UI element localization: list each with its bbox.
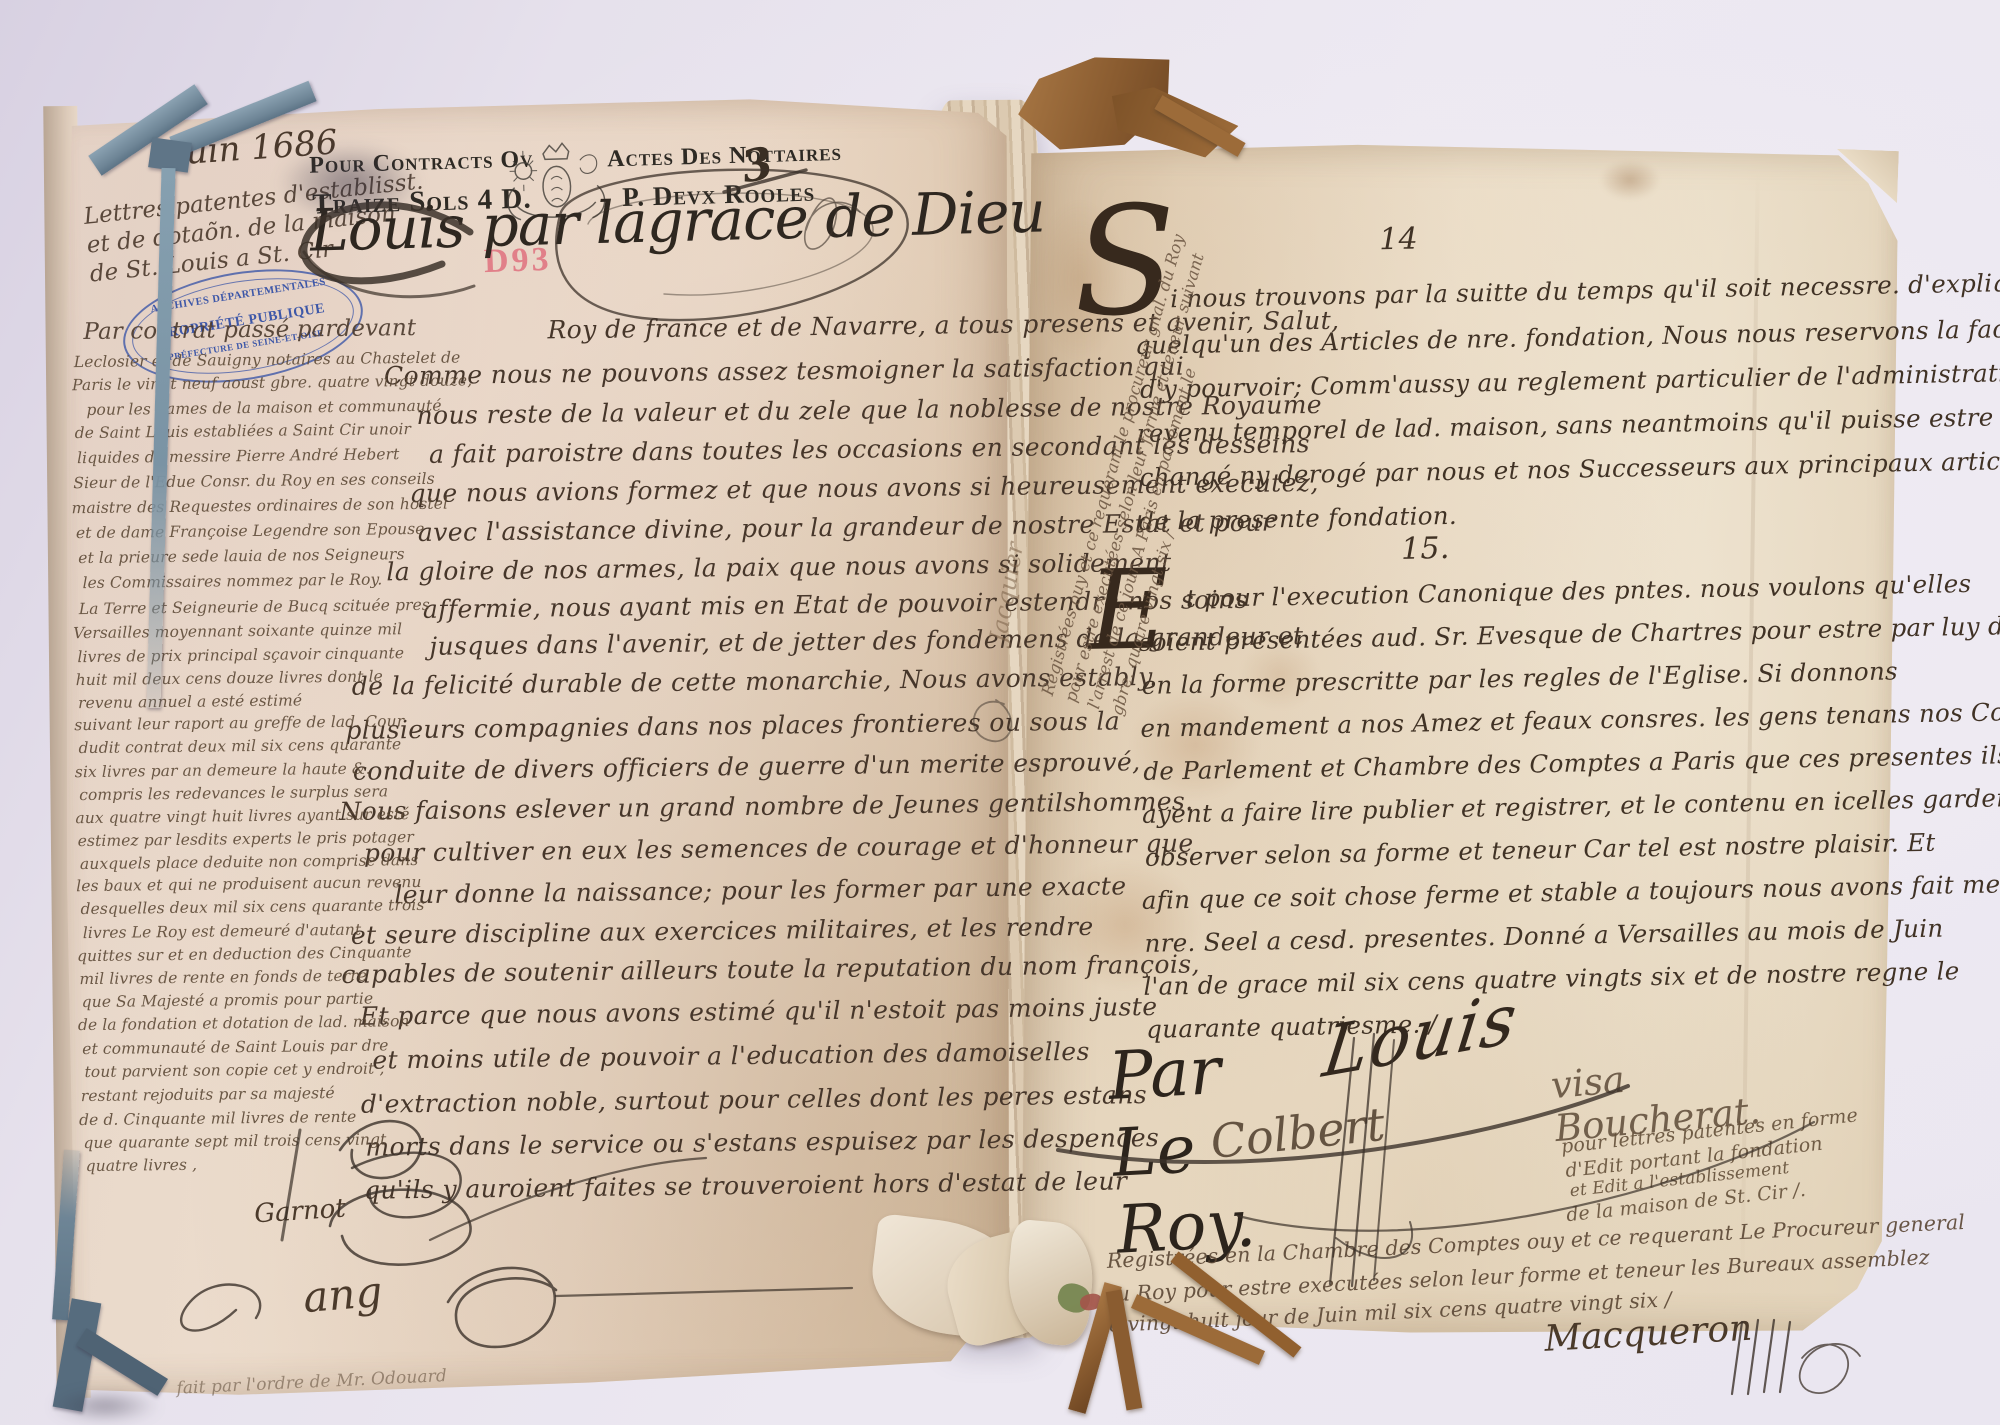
- margin-note: quatre livres ,: [86, 1158, 198, 1175]
- foxing-stain: [1600, 160, 1660, 200]
- margin-note: que quarante sept mil trois cens vingt: [83, 1132, 386, 1151]
- margin-note: tout parvient son copie cet y endroit ,: [84, 1061, 384, 1080]
- paraph-initials: ang: [302, 1271, 384, 1319]
- ribbon-shadow: [250, 128, 450, 238]
- manuscript-photo: Juin 1686 Lettres patentes d'establisst.…: [0, 0, 2000, 1425]
- article-number: 15.: [1401, 533, 1450, 565]
- margin-note: huit mil deux cens douze livres dont le: [76, 669, 383, 688]
- ribbon-shadow: [30, 1386, 180, 1425]
- margin-note: liquides de messire Pierre André Hebert: [77, 447, 400, 466]
- margin-note: que Sa Majesté a promis pour partie: [82, 992, 374, 1011]
- margin-note: restant rejoduits par sa majesté: [81, 1086, 335, 1105]
- margin-note: et communauté de Saint Louis par dre: [82, 1038, 388, 1057]
- margin-note: mil livres de rente en fonds de terre: [79, 969, 367, 988]
- margin-note: Versailles moyennant soixante quinze mil: [73, 622, 402, 642]
- margin-note: dudit contrat deux mil six cens quarante: [78, 737, 401, 756]
- margin-note: et la prieure sede lauia de nos Seigneur…: [78, 547, 405, 566]
- notary-signature: Garnot: [253, 1196, 346, 1228]
- margin-note: livres de prix principal sçavoir cinquan…: [77, 646, 404, 665]
- margin-note: les Commissaires nommez par le Roy.: [82, 572, 382, 591]
- margin-note: compris les redevances le surplus sera: [79, 784, 388, 803]
- margin-note: Par contrat passé pardevant: [83, 317, 416, 344]
- margin-note: revenu annuel a esté estimé: [78, 693, 302, 711]
- margin-note: de d. Cinquante mil livres de rente: [79, 1110, 356, 1129]
- page-number: 14: [1379, 223, 1418, 255]
- margin-note: de la fondation et dotation de lad. mais…: [78, 1014, 410, 1034]
- margin-note: suivant leur raport au greffe de lad. Co…: [74, 714, 404, 734]
- margin-note: livres Le Roy est demeuré d'autant: [83, 923, 362, 942]
- margin-note: six livres par an demeure la haute &.: [75, 762, 371, 781]
